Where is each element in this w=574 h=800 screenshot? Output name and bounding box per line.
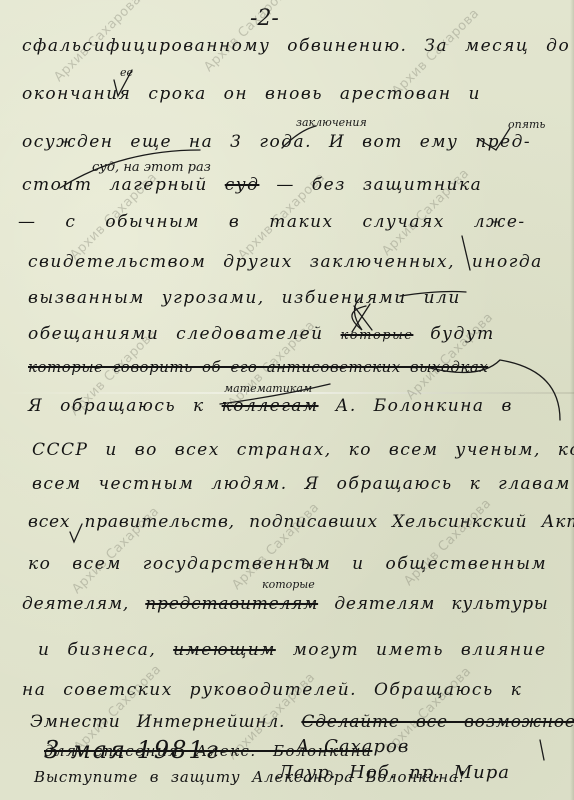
struck-word: суд (225, 175, 260, 195)
text-line: свидетельством других заключенных, иногд… (28, 252, 543, 272)
text-line: окончания срока он вновь арестован и (22, 84, 481, 104)
text-segment: — без защитника (259, 175, 482, 195)
text-line: всем честным людям. Я обращаюсь к главам (32, 474, 571, 494)
text-line: СССР и во всех странах, ко всем ученым, … (32, 440, 574, 460)
document-date: 3 мая 1981г (44, 736, 220, 764)
text-segment: обещаниями следователей (28, 324, 341, 344)
page-number: -2- (250, 6, 279, 31)
text-line: и бизнеса, имеющим могут иметь влияние (38, 640, 547, 660)
text-line: Я обращаюсь к коллегам А. Болонкина в (28, 396, 513, 416)
text-line: осужден еще на 3 года. И вот ему пред- (22, 132, 531, 152)
text-line: всех правительств, подписавших Хельсинкс… (28, 512, 574, 532)
text-line: вызванным угрозами, избиениями или (28, 288, 461, 308)
text-segment: стоит лагерный (22, 175, 225, 195)
struck-phrase: Сделайте все возможное (301, 712, 574, 732)
text-line: обещаниями следователей которые будут (28, 324, 495, 344)
text-segment: Я обращаюсь к (28, 396, 222, 416)
signature-title: Лаур. Ноб. пр. Мира (278, 762, 510, 783)
text-segment: А. Болонкина в (319, 396, 513, 416)
text-segment: Эмнести Интернейшнл. (30, 712, 301, 732)
text-segment: деятелям, (22, 594, 145, 614)
struck-word: имеющим (173, 640, 276, 660)
insertion: которые (262, 578, 315, 591)
text-line: Эмнести Интернейшнл. Сделайте все возмож… (30, 712, 574, 732)
struck-word: представителям (145, 594, 318, 614)
text-line: ко всем государственным и общественным (28, 554, 547, 574)
insertion: ее (120, 66, 133, 79)
text-line: сфальсифицированному обвинению. За месяц… (22, 36, 570, 56)
insertion: опять (508, 118, 545, 131)
text-line: на советских руководителей. Обращаюсь к (22, 680, 522, 700)
insertion: суд, на этот раз (92, 160, 211, 175)
text-segment: деятелям культуры (318, 594, 548, 614)
text-segment: будут (413, 324, 494, 344)
insertion: математикам (224, 382, 312, 395)
struck-word: которые (341, 328, 414, 343)
text-segment: и бизнеса, (38, 640, 173, 660)
paper-edge (570, 0, 574, 800)
text-line: — с обычным в таких случаях лже- (18, 212, 526, 232)
text-segment: могут иметь влияние (276, 640, 547, 660)
text-line: деятелям, представителям деятелям культу… (22, 594, 549, 614)
insertion: заключения (296, 116, 367, 129)
struck-word: коллегам (222, 396, 319, 416)
signature-name: А. Сахаров (296, 736, 409, 757)
text-line-struck: которые говорить об его антисоветских вы… (28, 358, 488, 376)
text-line: стоит лагерный суд — без защитника (22, 175, 482, 195)
